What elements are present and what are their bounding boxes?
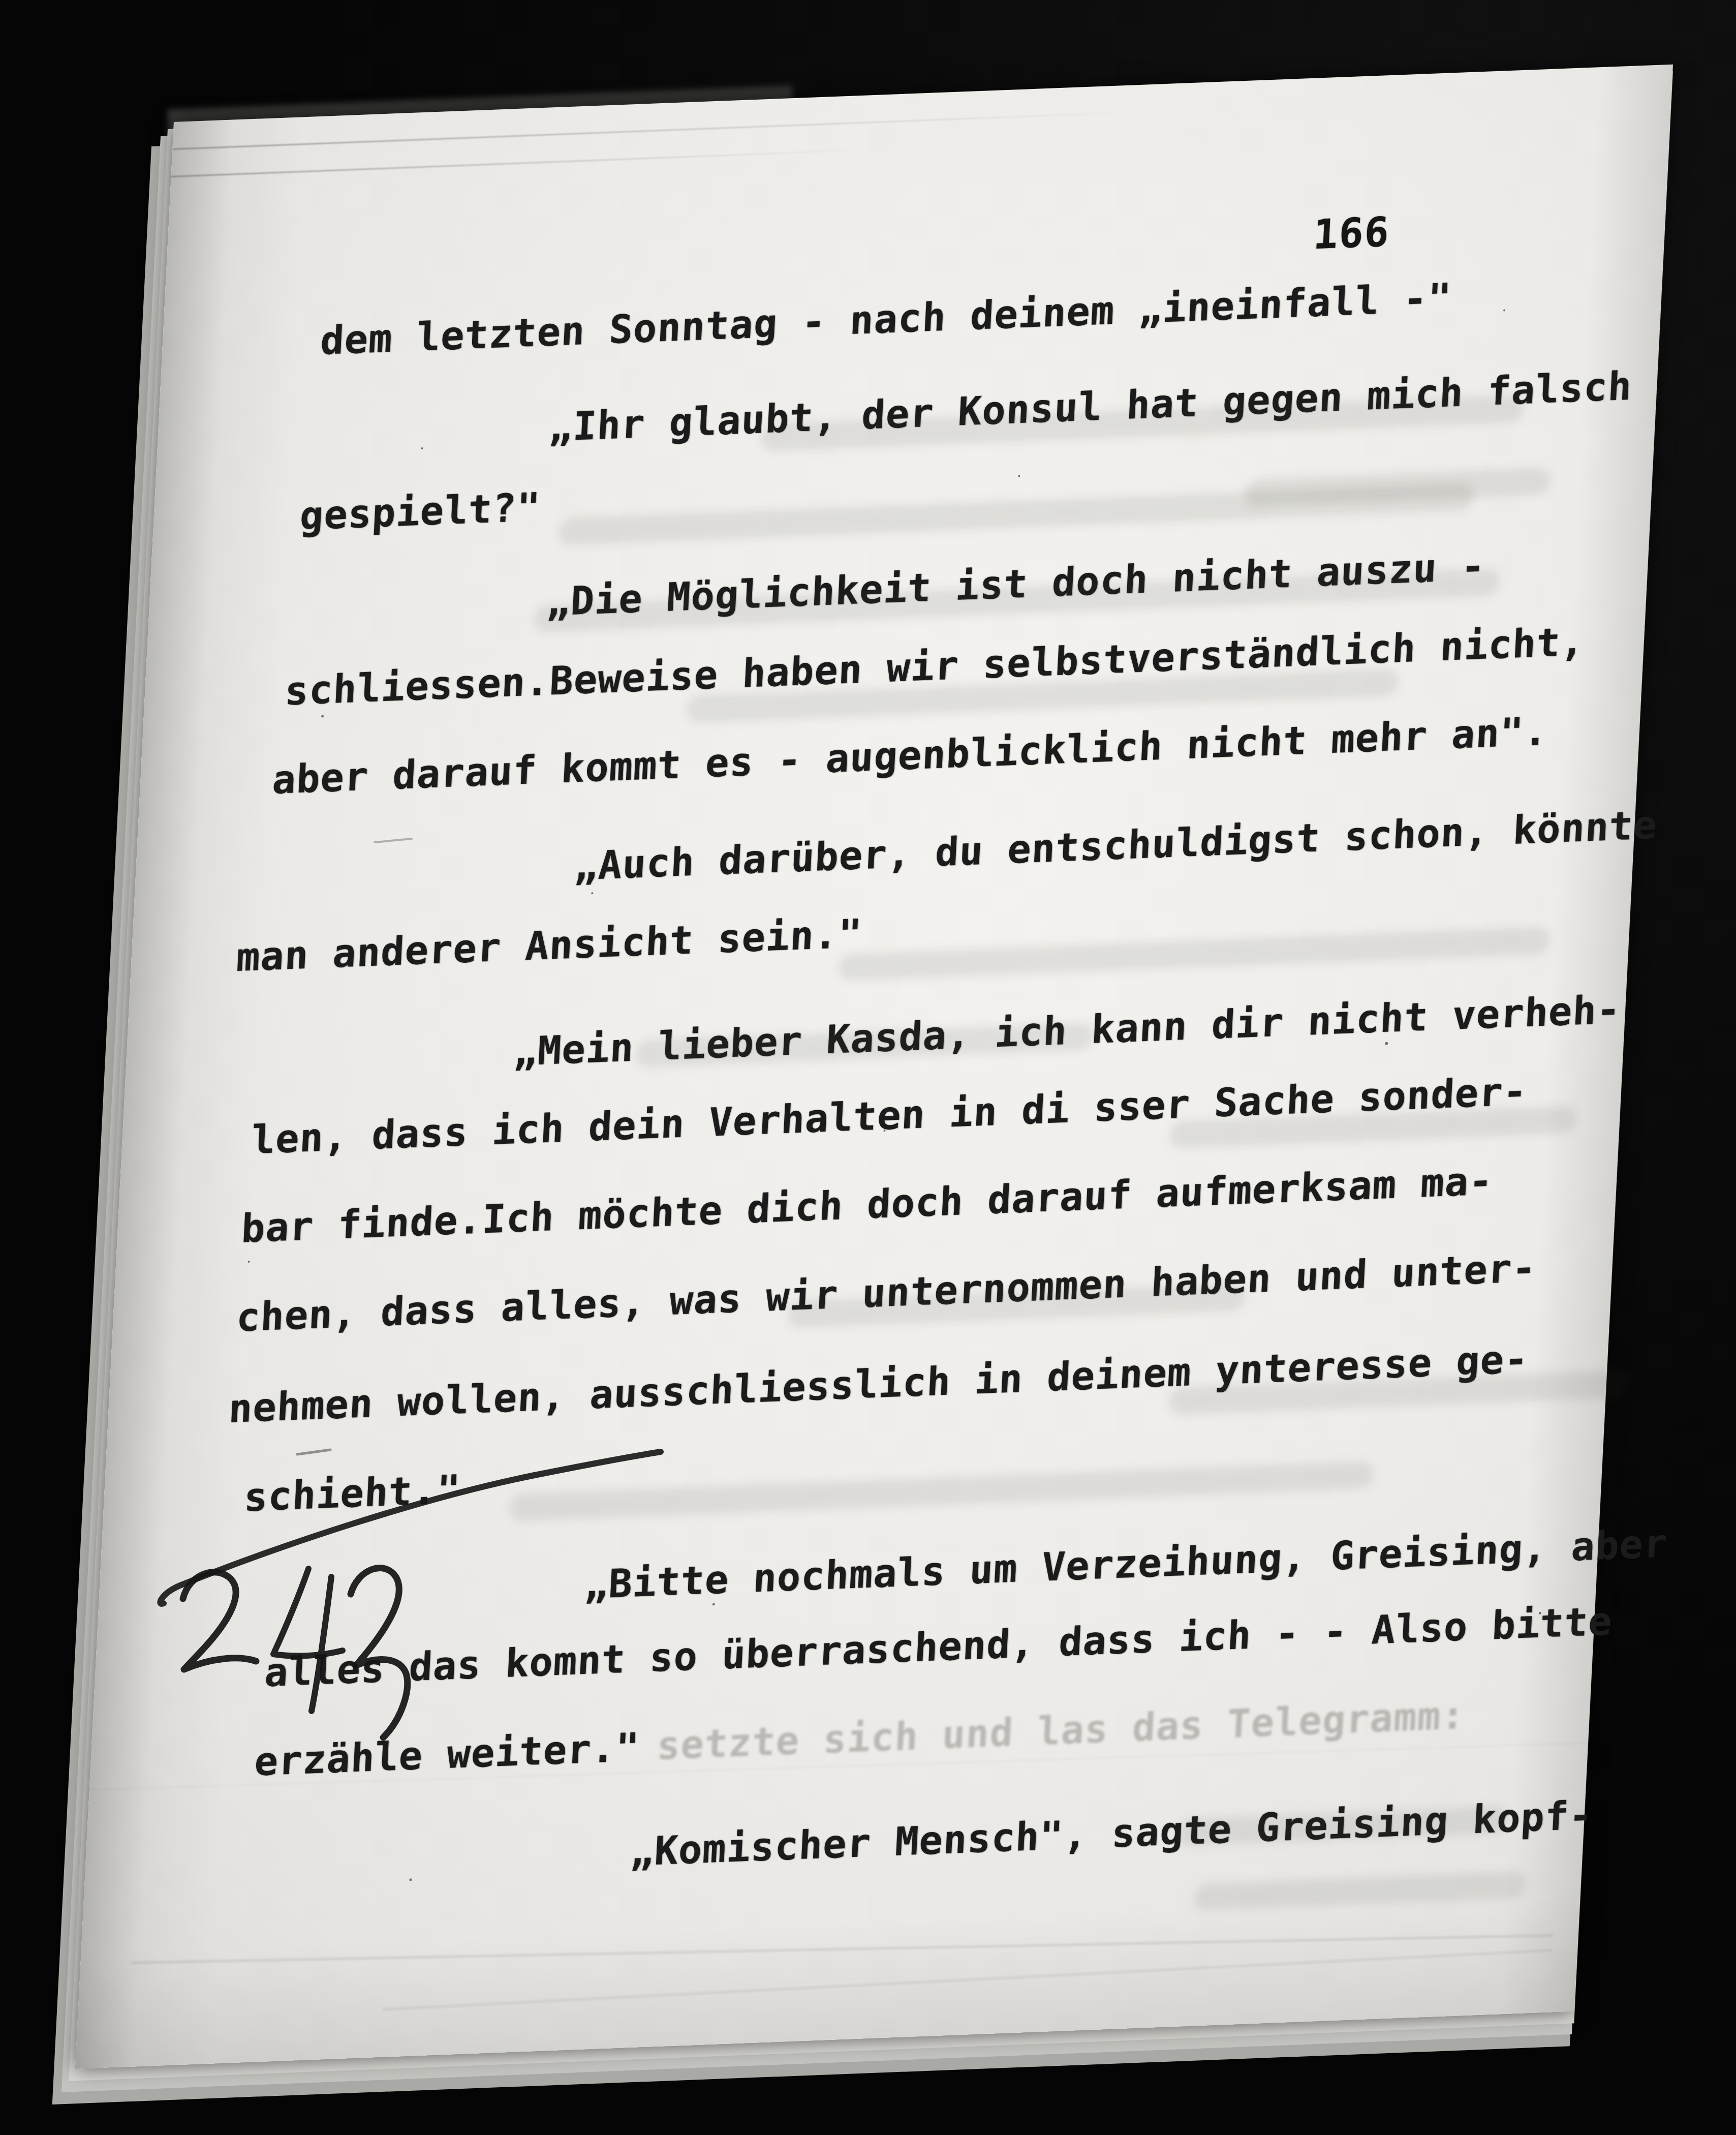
dust-speck bbox=[321, 715, 324, 717]
page-number: 166 bbox=[1312, 208, 1391, 259]
bleedthrough-smudge bbox=[509, 1461, 1374, 1521]
dust-speck bbox=[1385, 1042, 1388, 1045]
typescript-line: gespielt?" bbox=[299, 488, 541, 536]
typescript-line: schieht." bbox=[243, 1470, 461, 1517]
dust-speck bbox=[1503, 309, 1505, 311]
dust-specks bbox=[174, 65, 1673, 122]
dust-speck bbox=[1018, 475, 1020, 477]
photo-background: 166 dem letzten Sonntag - nach deinem „i… bbox=[0, 0, 1736, 2135]
typescript-line: bar finde.Ich möchte dich doch darauf au… bbox=[240, 1162, 1494, 1249]
bleedthrough-smudges bbox=[174, 65, 1673, 122]
paper-crease bbox=[131, 1935, 1553, 1964]
sheet-edge-line bbox=[172, 111, 1138, 150]
manuscript-page: 166 dem letzten Sonntag - nach deinem „i… bbox=[75, 65, 1673, 2069]
typescript-line: alles das komnt so überraschend, dass ic… bbox=[264, 1602, 1614, 1693]
dust-speck bbox=[591, 892, 593, 894]
bleedthrough-smudge bbox=[1194, 1871, 1526, 1911]
bleedthrough-text: setzte sich und las das Telegramm: bbox=[656, 1696, 1466, 1765]
typescript-line: „Auch darüber, du entschuldigst schon, k… bbox=[573, 806, 1658, 887]
typescript-line: man anderer Ansicht sein." bbox=[235, 914, 863, 978]
paper-crease bbox=[383, 1949, 1552, 2010]
paper-creases bbox=[174, 65, 1673, 122]
typescript-line: „Bitte nochmals um Verzeihung, Greising,… bbox=[583, 1524, 1668, 1605]
dust-speck bbox=[712, 1603, 715, 1605]
dust-speck bbox=[421, 447, 423, 449]
dust-speck bbox=[1666, 800, 1668, 802]
typescript-line: dem letzten Sonntag - nach deinem „inein… bbox=[320, 279, 1453, 361]
dust-speck bbox=[248, 1261, 250, 1263]
bleedthrough-smudge bbox=[838, 927, 1551, 982]
typescript-line: aber darauf kommt es - augenblicklich ni… bbox=[271, 712, 1549, 800]
sheet-edge-line bbox=[171, 149, 857, 177]
dust-speck bbox=[409, 1878, 412, 1881]
typescript-text-block: dem letzten Sonntag - nach deinem „inein… bbox=[174, 65, 1673, 122]
